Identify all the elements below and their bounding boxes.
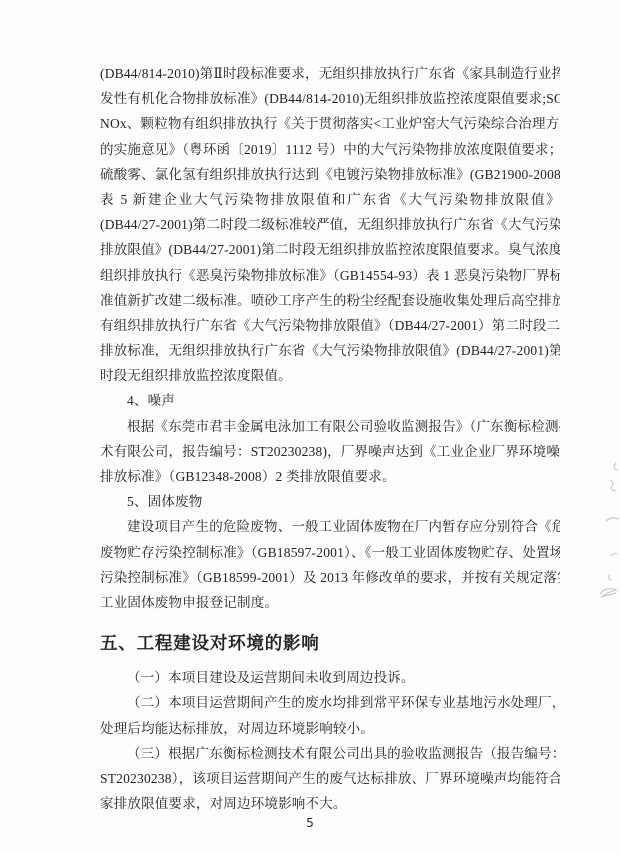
text-line: 硫酸雾、氯化氢有组织排放执行达到《电镀污染物排放标准》(GB21900-2008… [100,162,560,187]
text-line: 组织排放执行《恶臭污染物排放标准》（GB14554-93）表 1 恶臭污染物厂界… [100,263,560,288]
section-heading-chapter5: 五、工程建设对环境的影响 [100,630,560,658]
text-line: 发性有机化合物排放标准》(DB44/814-2010)无组织排放监控浓度限值要求… [100,86,560,111]
text-line: 处理后均能达标排放，对周边环境影响较小。 [100,716,560,741]
text-line: (DB44/27-2001)第二时段二级标准较严值，无组织排放执行广东省《大气污… [100,212,560,237]
subsection-heading-noise: 4、噪声 [100,388,560,413]
text-line: 表 5 新建企业大气污染物排放限值和广东省《大气污染物排放限值》 [100,187,560,212]
text-line: 家排放限值要求，对周边环境影响不大。 [100,791,560,816]
text-line: 有组织排放执行广东省《大气污染物排放限值》（DB44/27-2001）第二时段二… [100,313,560,338]
text-line: 排放标准》（GB12348-2008）2 类排放限值要求。 [100,464,560,489]
stray-ink-mark-icon [609,548,619,560]
stray-ink-mark-icon [604,512,620,526]
text-line: 排放标准，无组织排放执行广东省《大气污染物排放限值》(DB44/27-2001)… [100,338,560,363]
text-line: 时段无组织排放监控浓度限值。 [100,363,560,388]
text-line: 建设项目产生的危险废物、一般工业固体废物在厂内暂存应分别符合《危险 [100,514,560,539]
text-line: 污染控制标准》（GB18599-2001）及 2013 年修改单的要求，并按有关… [100,565,560,590]
subsection-heading-solid-waste: 5、固体废物 [100,489,560,514]
stray-ink-mark-icon [596,572,620,600]
text-line: 排放限值》(DB44/27-2001)第二时段无组织排放监控浓度限值要求。臭气浓… [100,237,560,262]
page-number: 5 [0,815,620,830]
document-page: (DB44/814-2010)第Ⅱ时段标准要求，无组织排放执行广东省《家具制造行… [0,0,620,854]
stray-ink-mark-icon [606,460,620,496]
text-line: 准值新扩改建二级标准。喷砂工序产生的粉尘经配套设施收集处理后高空排放， [100,288,560,313]
text-line: (DB44/814-2010)第Ⅱ时段标准要求，无组织排放执行广东省《家具制造行… [100,61,560,86]
text-line: 根据《东莞市君丰金属电泳加工有限公司验收监测报告》（广东衡标检测技 [100,414,560,439]
text-line: 术有限公司，报告编号：ST20230238)，厂界噪声达到《工业企业厂界环境噪声 [100,439,560,464]
text-line: （三）根据广东衡标检测技术有限公司出具的验收监测报告（报告编号： [100,741,560,766]
text-line: 废物贮存污染控制标准》（GB18597-2001）、《一般工业固体废物贮存、处置… [100,540,560,565]
text-line: （二）本项目运营期间产生的废水均排到常平环保专业基地污水处理厂，经 [100,690,560,715]
text-line: （一）本项目建设及运营期间未收到周边投诉。 [100,665,560,690]
page-body: (DB44/814-2010)第Ⅱ时段标准要求，无组织排放执行广东省《家具制造行… [100,61,560,816]
text-line: 工业固体废物申报登记制度。 [100,590,560,615]
text-line: ST20230238），该项目运营期间产生的废气达标排放、厂界环境噪声均能符合国 [100,766,560,791]
text-line: 的实施意见》（粤环函〔2019〕1112 号）中的大气污染物排放浓度限值要求； [100,137,560,162]
text-line: NOx、颗粒物有组织排放执行《关于贯彻落实<工业炉窑大气污染综合治理方案> [100,111,560,136]
